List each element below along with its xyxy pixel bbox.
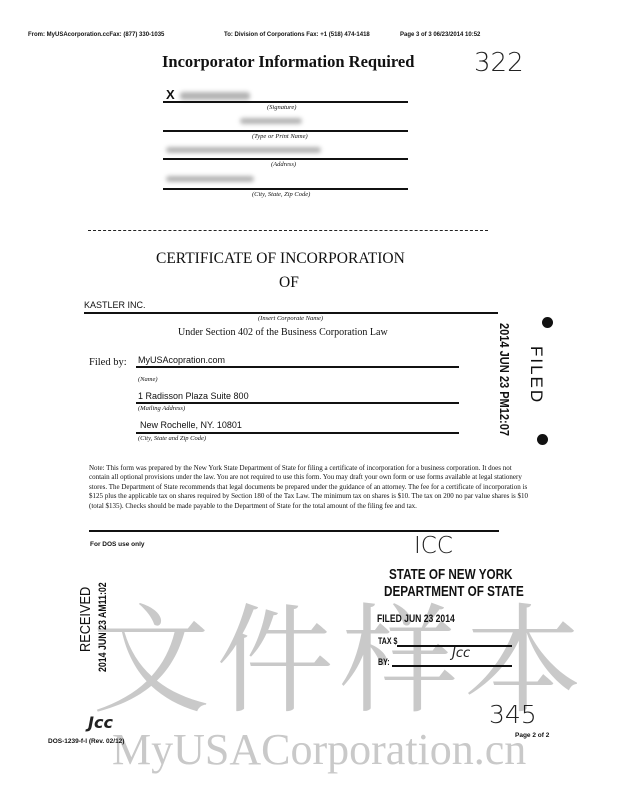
footer-initials: Jcc bbox=[88, 713, 113, 732]
address-redacted bbox=[166, 147, 321, 153]
stamp-by-label: BY: bbox=[378, 657, 390, 667]
filer-address-line bbox=[136, 402, 459, 404]
section-text: Under Section 402 of the Business Corpor… bbox=[178, 327, 388, 338]
signature-x: X bbox=[166, 87, 175, 102]
filed-stamp-label: FILED bbox=[526, 346, 546, 404]
filer-name: MyUSAcopration.com bbox=[138, 355, 225, 365]
filer-city-state-zip: New Rochelle, NY. 10801 bbox=[140, 420, 242, 430]
print-name-redacted bbox=[240, 118, 302, 124]
city-line bbox=[163, 188, 408, 190]
stamp-filed-date: FILED JUN 23 2014 bbox=[377, 613, 455, 625]
hole-punch-icon bbox=[542, 317, 553, 328]
signature-line bbox=[163, 101, 408, 103]
stamp-handwritten-icc: ICC bbox=[414, 533, 453, 559]
signature-caption: (Signature) bbox=[267, 104, 296, 111]
received-stamp-label: RECEIVED bbox=[77, 587, 94, 652]
filer-city-caption: (City, State and Zip Code) bbox=[138, 435, 206, 442]
incorporator-title: Incorporator Information Required bbox=[162, 52, 414, 72]
handwritten-number-top: 322 bbox=[474, 48, 524, 78]
hole-punch-icon bbox=[537, 434, 548, 445]
address-line bbox=[163, 158, 408, 160]
city-redacted bbox=[166, 176, 254, 182]
stamp-by-line bbox=[392, 665, 512, 667]
stamp-tax-label: TAX $ bbox=[378, 636, 397, 646]
signature-redacted bbox=[180, 92, 250, 100]
note-bottom-line bbox=[89, 530, 499, 532]
cut-line bbox=[88, 230, 488, 231]
fax-page: Page 3 of 3 06/23/2014 10:52 bbox=[400, 32, 480, 38]
stamp-line2: DEPARTMENT OF STATE bbox=[384, 583, 524, 600]
certificate-of: OF bbox=[279, 274, 299, 292]
filed-stamp-datetime: 2014 JUN 23 PM12:07 bbox=[497, 323, 512, 436]
print-name-caption: (Type or Print Name) bbox=[252, 133, 308, 140]
stamp-initials: Jcc bbox=[452, 646, 470, 661]
fax-to: To: Division of Corporations Fax: +1 (51… bbox=[224, 32, 370, 38]
city-caption: (City, State, Zip Code) bbox=[252, 191, 310, 198]
print-name-line bbox=[163, 130, 408, 132]
filed-by-label: Filed by: bbox=[89, 357, 127, 368]
filer-mailing-address: 1 Radisson Plaza Suite 800 bbox=[138, 391, 249, 401]
filer-name-caption: (Name) bbox=[138, 376, 158, 383]
filing-note: Note: This form was prepared by the New … bbox=[89, 464, 529, 511]
address-caption: (Address) bbox=[271, 161, 296, 168]
filer-name-line bbox=[136, 366, 459, 368]
corporate-name-line bbox=[84, 312, 498, 314]
filer-address-caption: (Mailing Address) bbox=[138, 405, 185, 412]
received-stamp-datetime: 2014 JUN 23 AM11:02 bbox=[97, 582, 109, 672]
certificate-title: CERTIFICATE OF INCORPORATION bbox=[156, 250, 405, 268]
filer-city-line bbox=[136, 432, 459, 434]
form-number: DOS-1239-f-l (Rev. 02/12) bbox=[48, 738, 124, 745]
corporate-name: KASTLER INC. bbox=[84, 300, 146, 310]
dos-use-label: For DOS use only bbox=[90, 541, 145, 548]
page-footer: Page 2 of 2 bbox=[515, 732, 549, 739]
watermark-site: MyUSACorporation.cn bbox=[112, 724, 526, 775]
handwritten-number-bottom: 345 bbox=[489, 700, 537, 729]
fax-from: From: MyUSAcorporation.ccFax: (877) 330-… bbox=[28, 32, 164, 38]
corporate-name-caption: (Insert Corporate Name) bbox=[258, 315, 323, 322]
stamp-line1: STATE OF NEW YORK bbox=[389, 566, 513, 583]
